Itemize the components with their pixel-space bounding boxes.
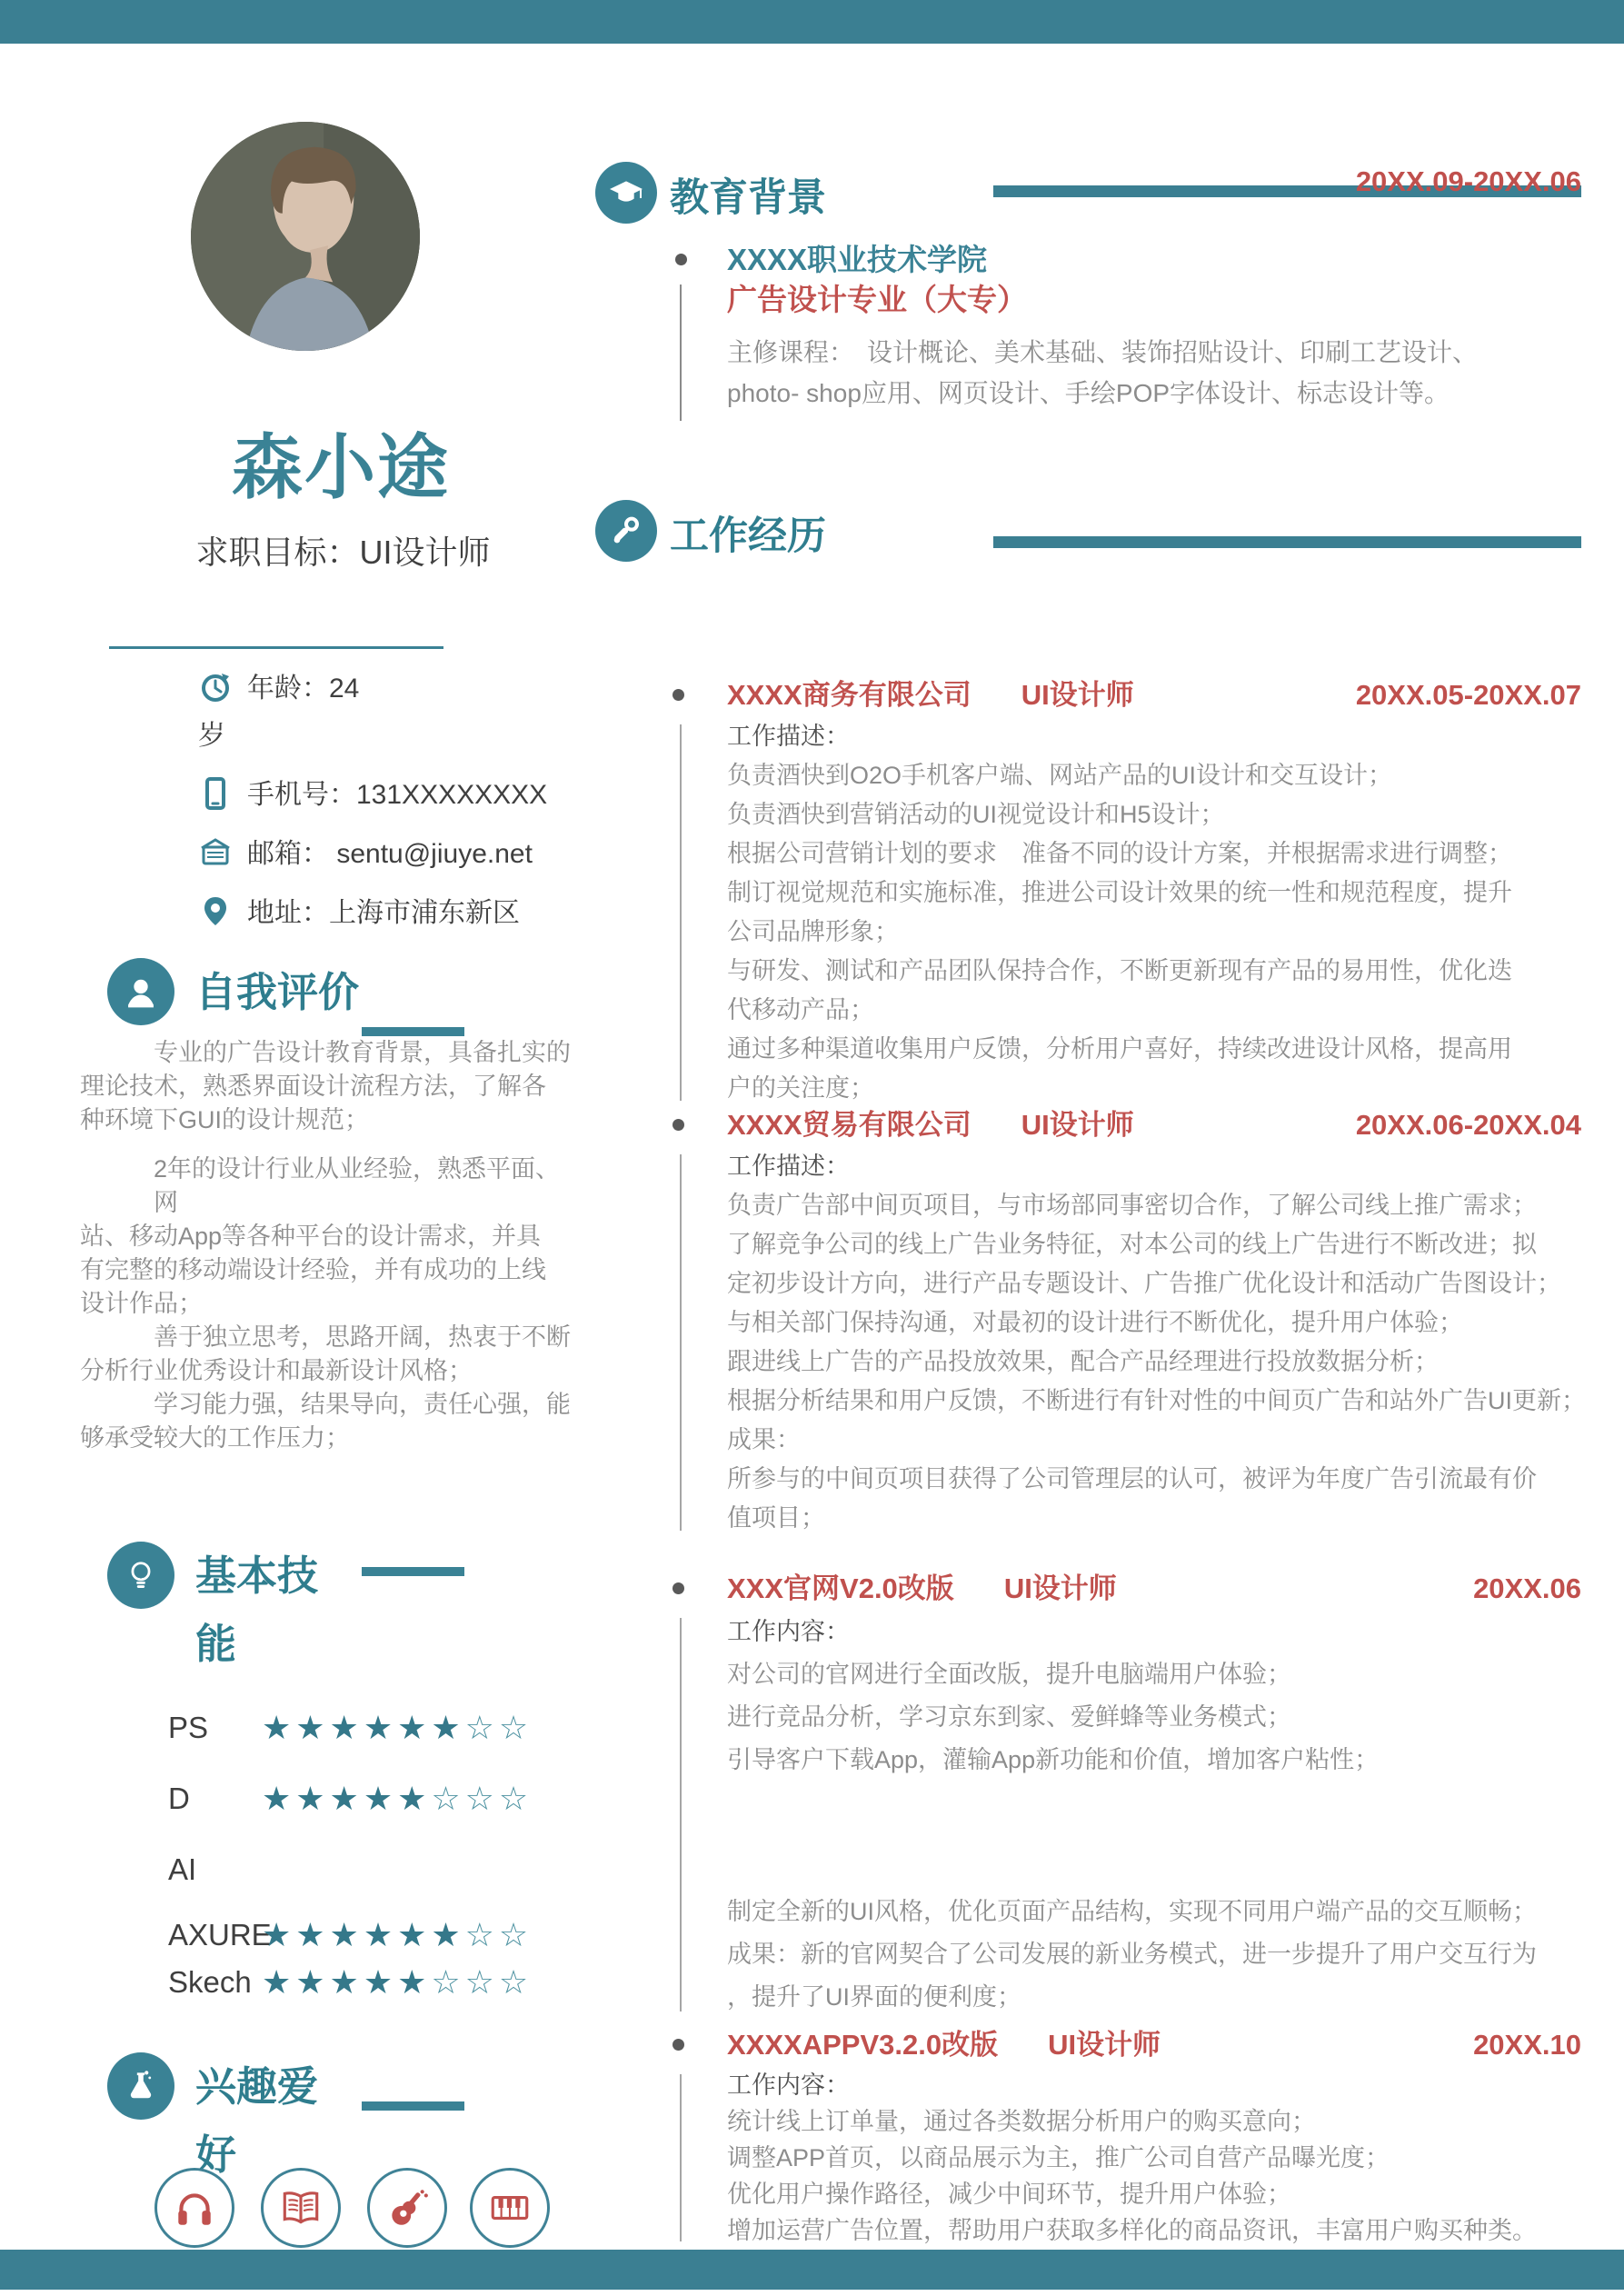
skill-rating: ★★★★★★☆☆ — [262, 1916, 533, 1954]
hobby-reading — [261, 2168, 341, 2248]
bottom-accent-bar — [0, 2250, 1624, 2290]
work-entry-body: 工作描述： 负责广告部中间页项目，与市场部同事密切合作，了解公司线上推广需求；了… — [727, 1147, 1586, 1538]
piano-icon — [487, 2185, 533, 2231]
job-role: UI设计师 — [1004, 1571, 1117, 1607]
work-entry-title: XXXX贸易有限公司 UI设计师 20XX.06-20XX.04 — [727, 1107, 1586, 1143]
clock-icon — [198, 670, 233, 704]
skill-rating: ★★★★★☆☆☆ — [262, 1963, 533, 2002]
phone-icon — [198, 776, 233, 811]
wrench-icon — [595, 500, 657, 562]
section-bar — [362, 1027, 464, 1036]
contact-address: 地址：上海市浦东新区 — [198, 890, 580, 937]
job-role: UI设计师 — [1048, 2027, 1161, 2063]
courses-text: 主修课程： 设计概论、美术基础、装饰招贴设计、印刷工艺设计、photo- sho… — [727, 332, 1586, 414]
lightbulb-icon — [107, 1542, 174, 1609]
skill-rating: ★★★★★☆☆☆ — [262, 1780, 533, 1818]
job-period: 20XX.05-20XX.07 — [1356, 677, 1586, 714]
work-entry-body: 工作内容： 对公司的官网进行全面改版，提升电脑端用户体验；进行竞品分析，学习京东… — [727, 1611, 1586, 2019]
contact-email: 邮箱： sentu@jiuye.net — [198, 831, 580, 878]
skills-header: 基本技能 — [107, 1542, 489, 1705]
company-name: XXX官网V2.0改版 — [727, 1571, 954, 1607]
contact-age: 年龄：24 岁 — [198, 665, 394, 760]
self-eval-title: 自我评价 — [195, 958, 395, 1026]
skill-row: AI — [168, 1849, 262, 1891]
desc-lines: 负责酒快到O2O手机客户端、网站产品的UI设计和交互设计；负责酒快到营销活动的U… — [727, 756, 1586, 1108]
work-title: 工作经历 — [670, 505, 826, 561]
desc-label: 工作内容： — [727, 1611, 1586, 1653]
work-entry-body: 工作内容： 统计线上订单量，通过各类数据分析用户的购买意向；调整APP首页，以商… — [727, 2067, 1586, 2249]
desc-lines: 负责广告部中间页项目，与市场部同事密切合作，了解公司线上推广需求；了解竞争公司的… — [727, 1186, 1586, 1538]
divider — [109, 646, 443, 649]
avatar — [191, 122, 420, 351]
job-period: 20XX.06 — [1473, 1571, 1586, 1607]
desc-lines: 对公司的官网进行全面改版，提升电脑端用户体验；进行竞品分析，学习京东到家、爱鲜蜂… — [727, 1653, 1586, 1782]
desc-label: 工作描述： — [727, 717, 1586, 756]
job-period: 20XX.06-20XX.04 — [1356, 1107, 1586, 1143]
resume-page: 森小途 求职目标：UI设计师 年龄：24 岁 手机号：131XXXXXXXX 邮… — [0, 0, 1624, 2296]
education-entry: XXXX职业技术学院 广告设计专业（大专） 主修课程： 设计概论、美术基础、装饰… — [595, 241, 1586, 414]
location-icon — [198, 894, 233, 929]
company-name: XXXX贸易有限公司 — [727, 1107, 971, 1143]
desc-lines: 统计线上订单量，通过各类数据分析用户的购买意向；调整APP首页，以商品展示为主，… — [727, 2103, 1586, 2249]
self-eval-text: 专业的广告设计教育背景，具备扎实的理论技术，熟悉界面设计流程方法，了解各种环境下… — [80, 1036, 589, 1455]
graduation-cap-icon — [595, 162, 657, 224]
work-entry: XXX官网V2.0改版 UI设计师 20XX.06 工作内容： 对公司的官网进行… — [595, 1571, 1586, 2019]
skill-row: AXURE ★★★★★★☆☆ — [168, 1914, 533, 1956]
main-column: 教育背景 20XX.09-20XX.06 XXXX职业技术学院 广告设计专业（大… — [595, 145, 1586, 2254]
person-icon — [107, 958, 174, 1025]
hobbies-title: 兴趣爱好 — [195, 2052, 332, 2189]
spacer — [727, 1782, 1586, 1891]
education-period: 20XX.09-20XX.06 — [1356, 165, 1581, 198]
company-name: XXXXAPPV3.2.0改版 — [727, 2027, 998, 2063]
job-role: UI设计师 — [1021, 677, 1134, 714]
company-name: XXXX商务有限公司 — [727, 677, 971, 714]
top-accent-bar — [0, 0, 1624, 44]
skills-title: 基本技能 — [195, 1542, 332, 1678]
flask-icon — [107, 2052, 174, 2120]
skill-row: D ★★★★★☆☆☆ — [168, 1778, 533, 1820]
work-entry: XXXX贸易有限公司 UI设计师 20XX.06-20XX.04 工作描述： 负… — [595, 1107, 1586, 1538]
section-bar — [362, 2101, 464, 2111]
desc-label: 工作内容： — [727, 2067, 1586, 2103]
job-objective: 求职目标：UI设计师 — [186, 522, 500, 584]
skill-row: PS ★★★★★★☆☆ — [168, 1707, 533, 1749]
work-entry-body: 工作描述： 负责酒快到O2O手机客户端、网站产品的UI设计和交互设计；负责酒快到… — [727, 717, 1586, 1108]
job-role: UI设计师 — [1021, 1107, 1134, 1143]
hobby-piano — [470, 2168, 550, 2248]
work-entry: XXXX商务有限公司 UI设计师 20XX.05-20XX.07 工作描述： 负… — [595, 677, 1586, 1108]
portrait-photo-placeholder — [191, 122, 420, 351]
work-entry: XXXXAPPV3.2.0改版 UI设计师 20XX.10 工作内容： 统计线上… — [595, 2027, 1586, 2249]
hobby-music — [154, 2168, 234, 2248]
book-icon — [278, 2185, 324, 2231]
section-bar — [993, 536, 1581, 548]
desc-label: 工作描述： — [727, 1147, 1586, 1186]
work-entry-title: XXX官网V2.0改版 UI设计师 20XX.06 — [727, 1571, 1586, 1607]
work-entry-title: XXXXAPPV3.2.0改版 UI设计师 20XX.10 — [727, 2027, 1586, 2063]
school-name: XXXX职业技术学院 — [727, 241, 1586, 279]
skill-row: Skech ★★★★★☆☆☆ — [168, 1962, 533, 2003]
desc-lines: 制定全新的UI风格，优化页面产品结构，实现不同用户端产品的交互顺畅；成果：新的官… — [727, 1891, 1586, 2019]
mail-icon — [198, 835, 233, 870]
work-entry-title: XXXX商务有限公司 UI设计师 20XX.05-20XX.07 — [727, 677, 1586, 714]
major-name: 广告设计专业（大专） — [727, 279, 1586, 321]
work-header: 工作经历 — [595, 500, 1586, 565]
education-title: 教育背景 — [670, 167, 826, 223]
section-bar — [362, 1567, 464, 1576]
guitar-icon — [384, 2185, 430, 2231]
contact-info: 年龄：24 岁 手机号：131XXXXXXXX 邮箱： sentu@jiuye.… — [198, 665, 580, 949]
job-period: 20XX.10 — [1473, 2027, 1586, 2063]
skill-rating: ★★★★★★☆☆ — [262, 1709, 533, 1747]
hobby-guitar — [367, 2168, 447, 2248]
candidate-name: 森小途 — [164, 411, 518, 513]
headphones-icon — [172, 2185, 217, 2231]
contact-phone: 手机号：131XXXXXXXX — [198, 772, 580, 819]
